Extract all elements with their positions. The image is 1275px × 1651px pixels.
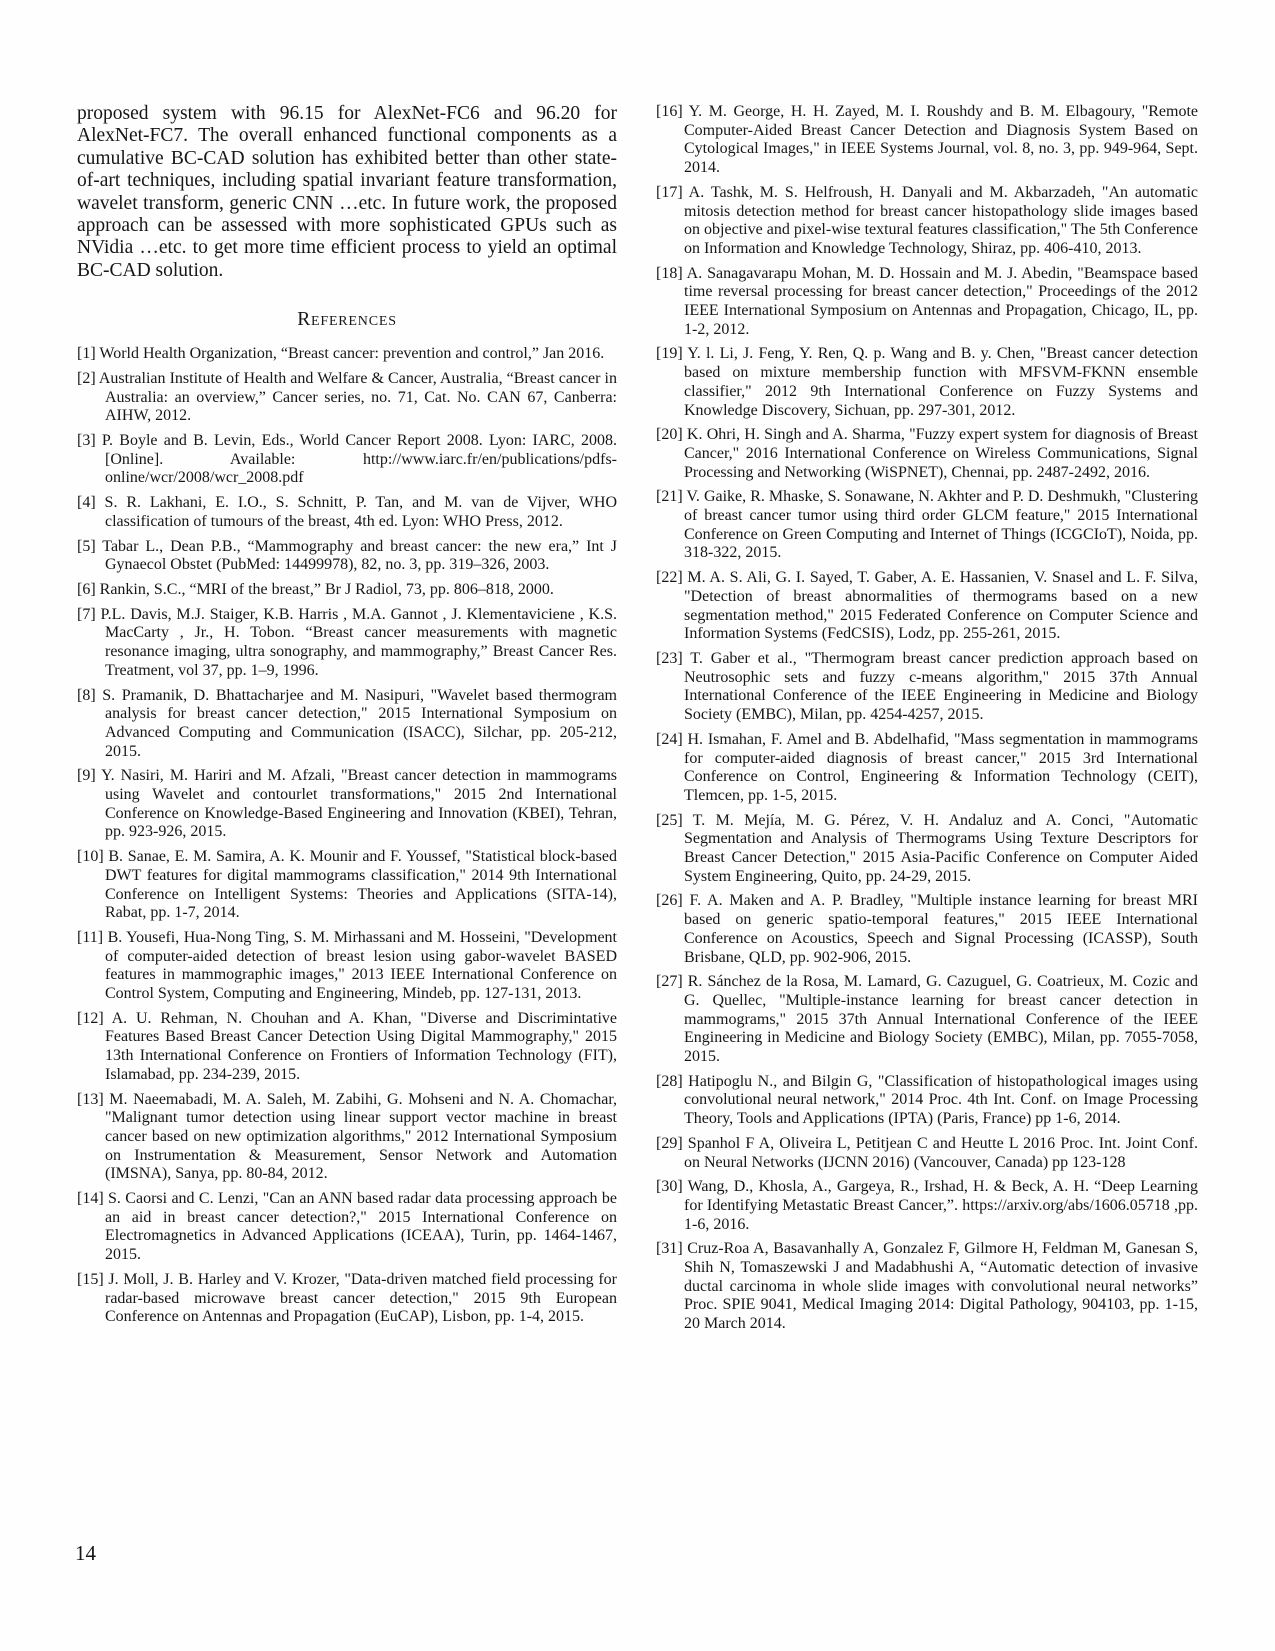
reference-item: [30] Wang, D., Khosla, A., Gargeya, R., … — [656, 1178, 1198, 1234]
reference-item: [4] S. R. Lakhani, E. I.O., S. Schnitt, … — [77, 494, 617, 531]
reference-item: [15] J. Moll, J. B. Harley and V. Krozer… — [77, 1271, 617, 1327]
reference-item: [25] T. M. Mejía, M. G. Pérez, V. H. And… — [656, 812, 1198, 887]
reference-item: [5] Tabar L., Dean P.B., “Mammography an… — [77, 538, 617, 575]
reference-item: [11] B. Yousefi, Hua-Nong Ting, S. M. Mi… — [77, 929, 617, 1004]
closing-paragraph: proposed system with 96.15 for AlexNet-F… — [77, 103, 617, 282]
references-heading: References — [77, 309, 617, 331]
paper-page: proposed system with 96.15 for AlexNet-F… — [0, 0, 1275, 1651]
left-column: proposed system with 96.15 for AlexNet-F… — [77, 103, 617, 1333]
reference-item: [7] P.L. Davis, M.J. Staiger, K.B. Harri… — [77, 606, 617, 681]
reference-item: [8] S. Pramanik, D. Bhattacharjee and M.… — [77, 687, 617, 762]
reference-item: [1] World Health Organization, “Breast c… — [77, 345, 617, 364]
reference-item: [2] Australian Institute of Health and W… — [77, 370, 617, 426]
reference-item: [3] P. Boyle and B. Levin, Eds., World C… — [77, 432, 617, 488]
reference-item: [10] B. Sanae, E. M. Samira, A. K. Mouni… — [77, 848, 617, 923]
reference-item: [6] Rankin, S.C., “MRI of the breast,” B… — [77, 581, 617, 600]
reference-item: [9] Y. Nasiri, M. Hariri and M. Afzali, … — [77, 767, 617, 842]
reference-item: [28] Hatipoglu N., and Bilgin G, "Classi… — [656, 1073, 1198, 1129]
page-number: 14 — [75, 1541, 96, 1566]
reference-item: [22] M. A. S. Ali, G. I. Sayed, T. Gaber… — [656, 569, 1198, 644]
reference-item: [16] Y. M. George, H. H. Zayed, M. I. Ro… — [656, 103, 1198, 178]
reference-item: [21] V. Gaike, R. Mhaske, S. Sonawane, N… — [656, 488, 1198, 563]
reference-item: [31] Cruz-Roa A, Basavanhally A, Gonzale… — [656, 1240, 1198, 1334]
reference-item: [18] A. Sanagavarapu Mohan, M. D. Hossai… — [656, 265, 1198, 340]
reference-item: [26] F. A. Maken and A. P. Bradley, "Mul… — [656, 892, 1198, 967]
references-list-right: [16] Y. M. George, H. H. Zayed, M. I. Ro… — [656, 103, 1198, 1334]
right-column: [16] Y. M. George, H. H. Zayed, M. I. Ro… — [656, 103, 1198, 1340]
reference-item: [20] K. Ohri, H. Singh and A. Sharma, "F… — [656, 426, 1198, 482]
reference-item: [23] T. Gaber et al., "Thermogram breast… — [656, 650, 1198, 725]
reference-item: [13] M. Naeemabadi, M. A. Saleh, M. Zabi… — [77, 1091, 617, 1185]
reference-item: [27] R. Sánchez de la Rosa, M. Lamard, G… — [656, 973, 1198, 1067]
reference-item: [14] S. Caorsi and C. Lenzi, "Can an ANN… — [77, 1190, 617, 1265]
references-list-left: [1] World Health Organization, “Breast c… — [77, 345, 617, 1327]
reference-item: [12] A. U. Rehman, N. Chouhan and A. Kha… — [77, 1010, 617, 1085]
reference-item: [29] Spanhol F A, Oliveira L, Petitjean … — [656, 1135, 1198, 1172]
reference-item: [24] H. Ismahan, F. Amel and B. Abdelhaf… — [656, 731, 1198, 806]
reference-item: [17] A. Tashk, M. S. Helfroush, H. Danya… — [656, 184, 1198, 259]
reference-item: [19] Y. l. Li, J. Feng, Y. Ren, Q. p. Wa… — [656, 345, 1198, 420]
